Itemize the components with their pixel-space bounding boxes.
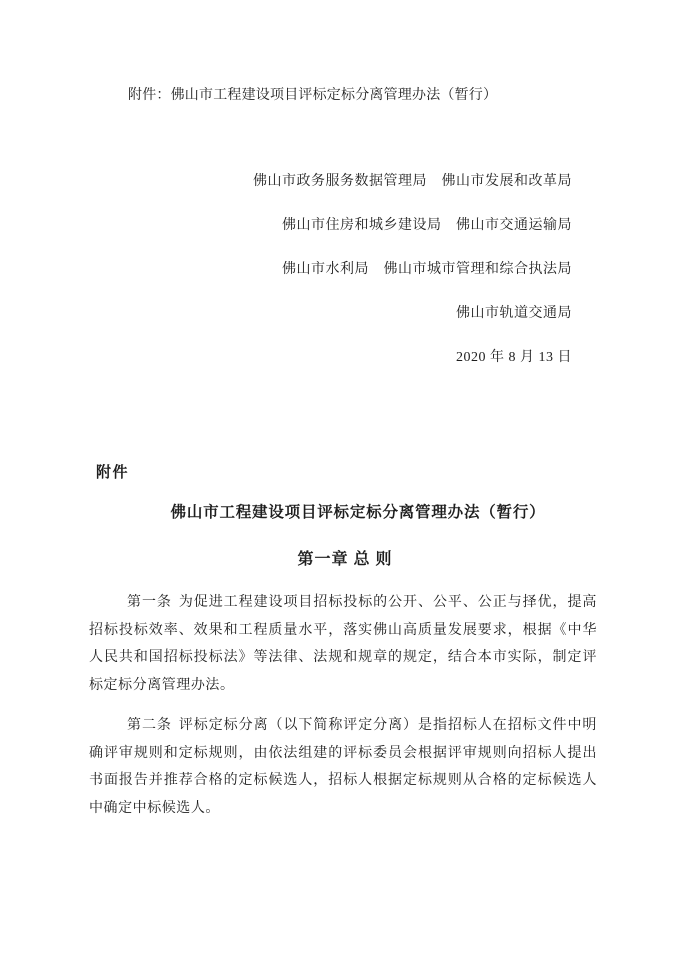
chapter-heading: 第一章 总 则 xyxy=(90,549,600,571)
agency-line-2: 佛山市住房和城乡建设局 佛山市交通运输局 xyxy=(253,204,572,248)
attachment-label: 附件 xyxy=(96,461,129,482)
agency-line-4: 佛山市轨道交通局 xyxy=(253,292,572,336)
signature-block: 佛山市政务服务数据管理局 佛山市发展和改革局 佛山市住房和城乡建设局 佛山市交通… xyxy=(253,160,572,380)
article-1-label: 第一条 xyxy=(127,595,172,610)
document-title: 佛山市工程建设项目评标定标分离管理办法（暂行） xyxy=(90,502,600,524)
document-page: 附件：佛山市工程建设项目评标定标分离管理办法（暂行） 佛山市政务服务数据管理局 … xyxy=(0,0,680,962)
article-2-label: 第二条 xyxy=(127,718,172,733)
article-2: 第二条评标定标分离（以下简称评定分离）是指招标人在招标文件中明确评审规则和定标规… xyxy=(89,712,597,822)
document-date: 2020 年 8 月 13 日 xyxy=(253,336,572,380)
article-1: 第一条为促进工程建设项目招标投标的公开、公平、公正与择优，提高招标投标效率、效果… xyxy=(89,589,597,699)
agency-line-3: 佛山市水利局 佛山市城市管理和综合执法局 xyxy=(253,248,572,292)
articles-section: 第一条为促进工程建设项目招标投标的公开、公平、公正与择优，提高招标投标效率、效果… xyxy=(89,589,597,835)
attachment-note: 附件：佛山市工程建设项目评标定标分离管理办法（暂行） xyxy=(90,86,600,106)
agency-line-1: 佛山市政务服务数据管理局 佛山市发展和改革局 xyxy=(253,160,572,204)
